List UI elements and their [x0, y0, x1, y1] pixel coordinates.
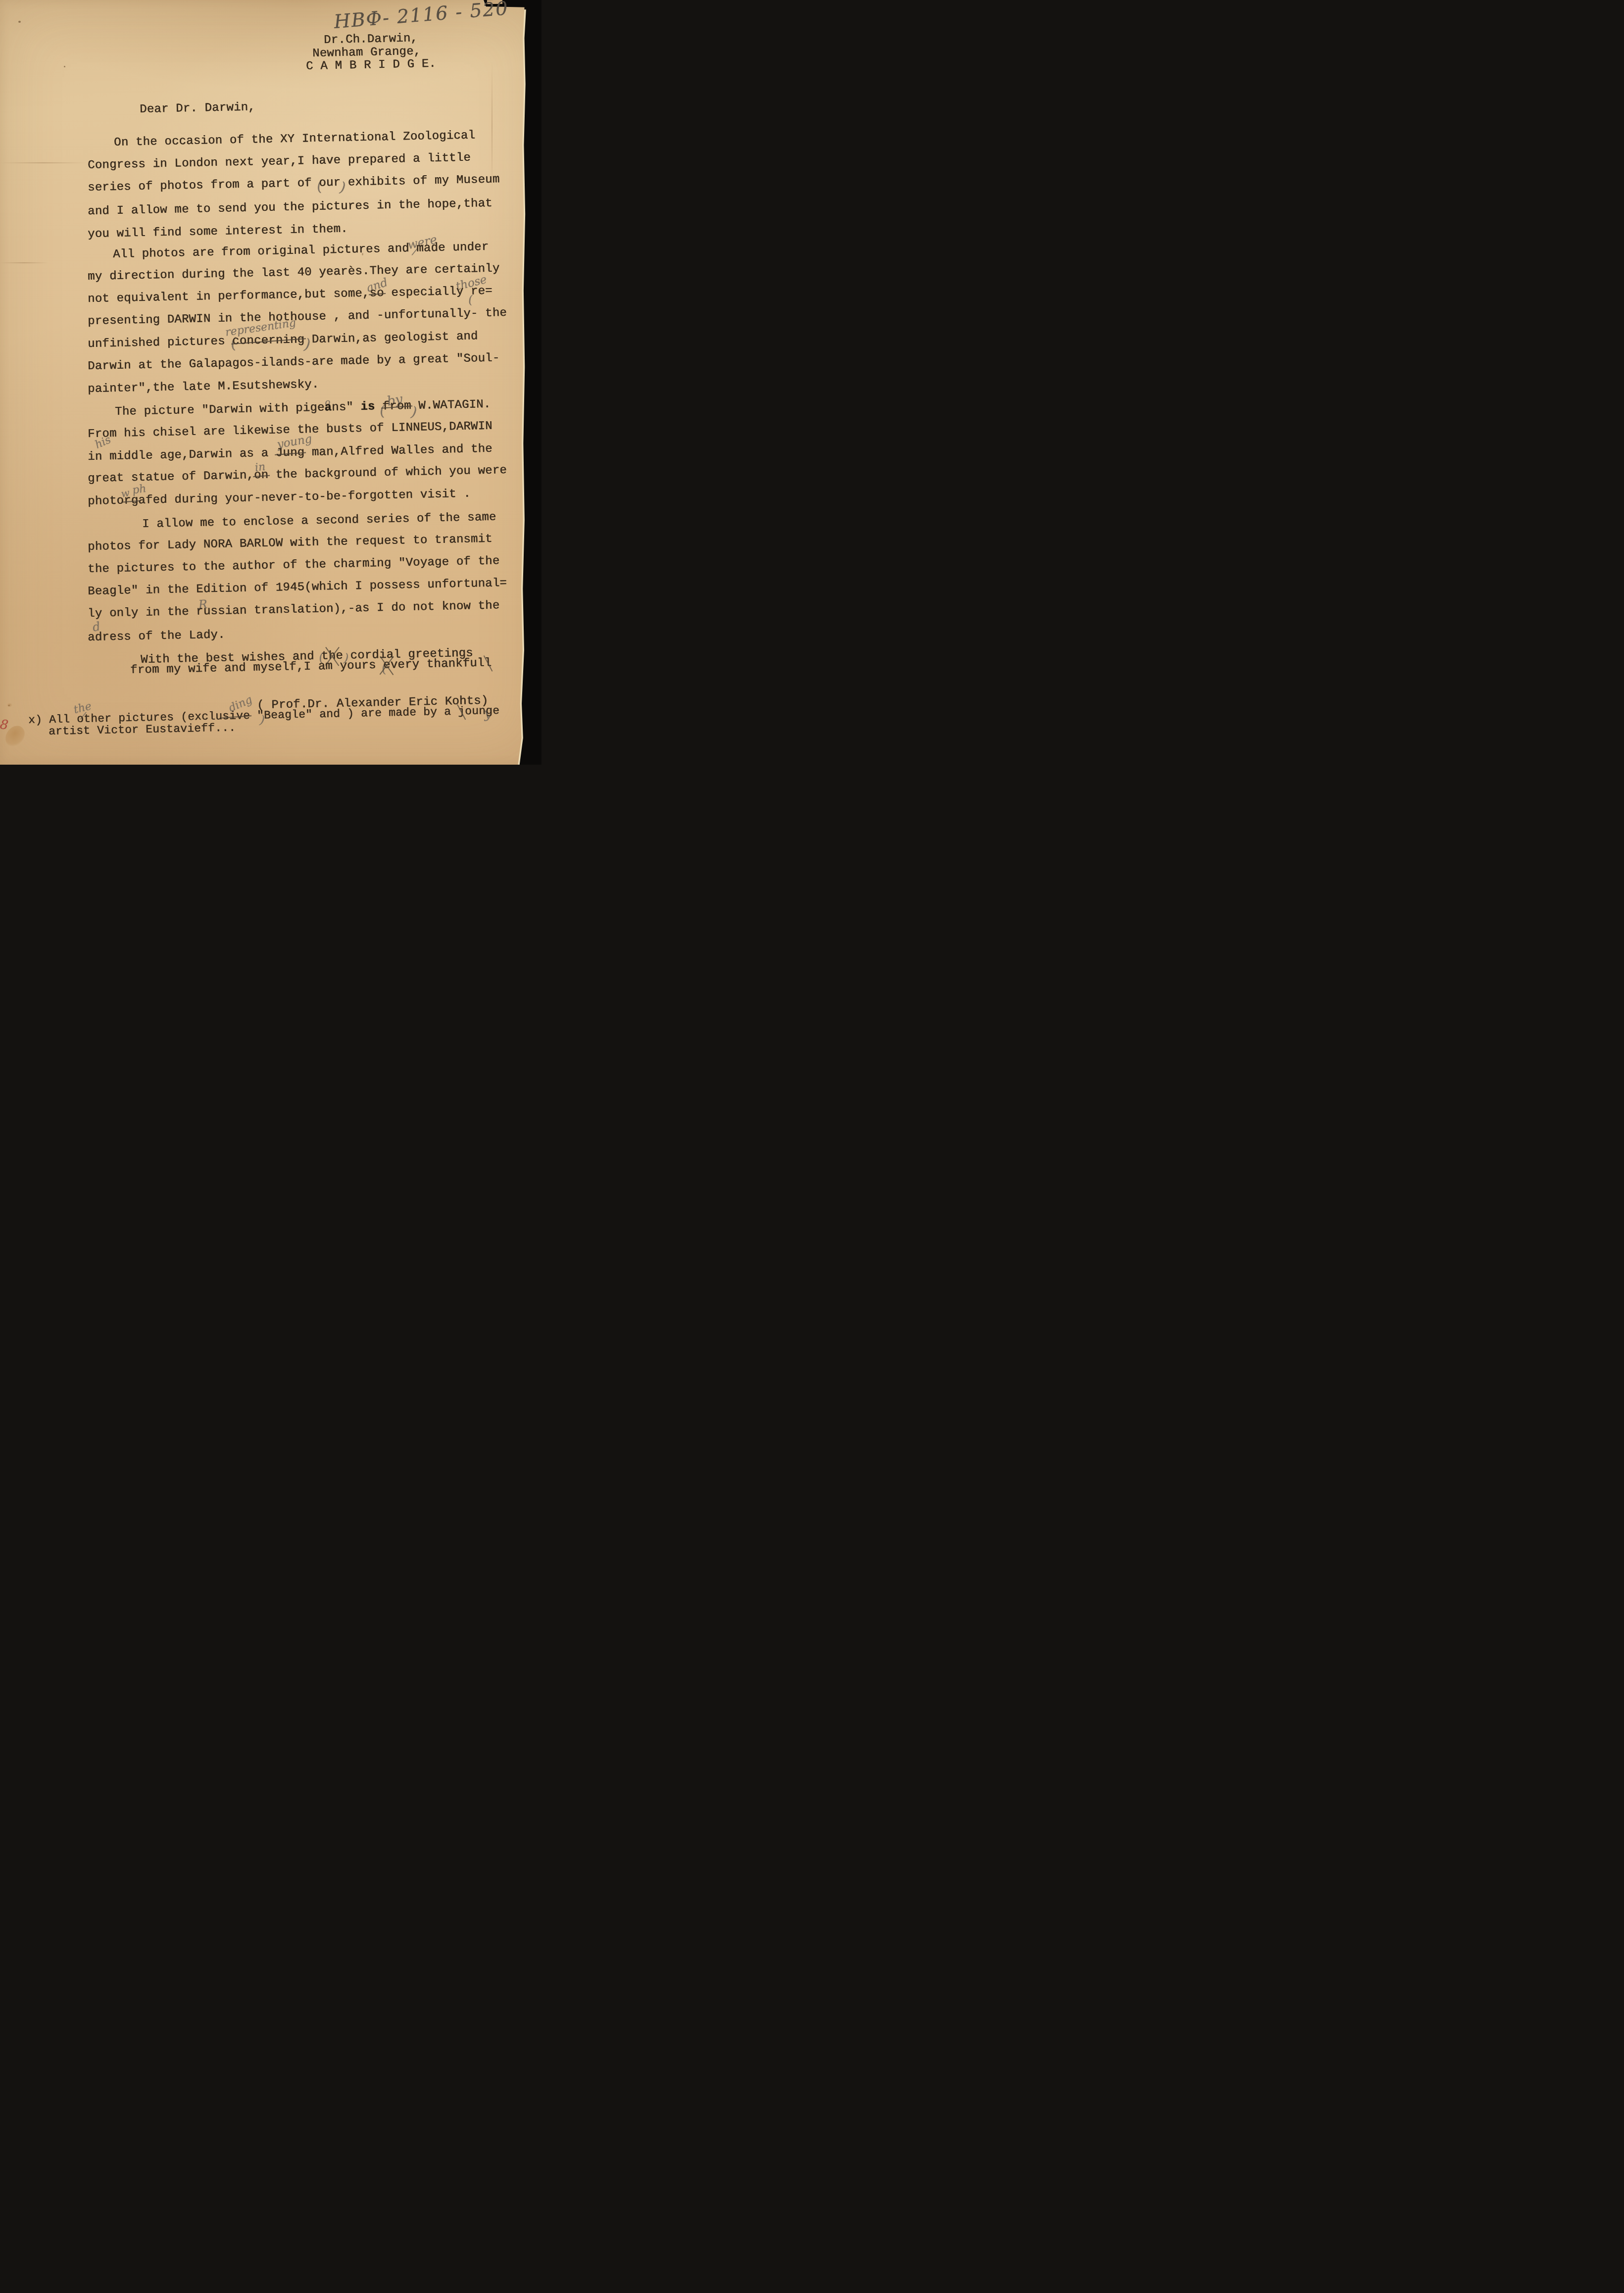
typed-text-layer: Dr.Ch.Darwin, Newnham Grange, C A M B R … [0, 0, 541, 765]
typed-segment: ns" [332, 401, 361, 414]
typed-segment: On the occasion of the XY International … [114, 130, 475, 149]
typed-segment [375, 401, 383, 413]
typed-segment: great statue of Darwin, [88, 470, 254, 486]
typed-segment: the pictures to the author of the charmi… [88, 556, 500, 576]
typed-segment: Darwin,as geologist and [304, 331, 478, 346]
body-line: painter",the late M.Esutshewsky. [88, 379, 319, 395]
typed-segment: series of photos from a part of our exhi… [88, 174, 500, 195]
body-line: I allow me to enclose a second series of… [142, 512, 496, 531]
typed-segment: Beagle" in the Edition of 1945(which I p… [88, 578, 507, 598]
typed-segment: The picture "Darwin with pige [115, 402, 325, 418]
footnote-line: artist Victor Eustavieff... [49, 722, 236, 737]
typed-segment: I allow me to enclose a second series of… [142, 512, 496, 531]
typed-segment: from [382, 400, 411, 413]
typed-segment: afed during your-never-to-be-forgotten v… [138, 488, 471, 506]
body-line: On the occasion of the XY International … [114, 130, 475, 149]
body-line: not equivalent in performance,but some,s… [88, 286, 492, 305]
typed-segment: ly only in the russian translation),-as … [88, 600, 500, 620]
body-line: and I allow me to send you the pictures … [88, 197, 492, 217]
body-line: unfinished pictures concerning Darwin,as… [88, 331, 478, 350]
typed-segment: very thankful [390, 658, 484, 672]
typed-segment: on [254, 470, 269, 482]
body-line: All photos are from original pictures an… [113, 242, 489, 261]
typed-segment: artist Victor Eustavieff... [49, 722, 236, 737]
body-line: Congress in London next year,I have prep… [88, 152, 471, 172]
body-line: series of photos from a part of our exhi… [88, 174, 500, 195]
typed-segment: a [324, 402, 332, 414]
typed-segment: photo [88, 495, 124, 507]
typed-segment: painter",the late M.Esutshewsky. [88, 379, 319, 395]
scanned-letter-page: НВФ- 2116 - 520 were/andthose(representi… [0, 0, 541, 765]
body-line: The picture "Darwin with pigeans" is fro… [115, 399, 491, 418]
body-line: presenting DARWIN in the hothouse , and … [88, 307, 507, 328]
address-line-name: Dr.Ch.Darwin, [324, 33, 418, 47]
body-line: photorgafed during your-never-to-be-forg… [88, 488, 471, 508]
typed-segment: you will find some interest in them. [88, 223, 348, 241]
typed-segment: rg [124, 495, 139, 507]
body-line: ly only in the russian translation),-as … [88, 600, 500, 620]
typed-segment: and I allow me to send you the pictures … [88, 197, 492, 217]
typed-segment: "Beagle" and ) are made by a [250, 706, 458, 721]
typed-segment: W.WATAGIN. [411, 399, 491, 412]
typed-segment: in middle age,Darwin as a [88, 447, 276, 463]
typed-segment: Darwin at the Galapagos-ilands-are made … [88, 353, 500, 373]
typed-segment: so [370, 288, 385, 300]
typed-segment: From his chisel are likewise the busts o… [88, 421, 492, 440]
body-line: photos for Lady NORA BARLOW with the req… [88, 533, 492, 553]
typed-segment: adress of the Lady. [88, 629, 225, 644]
body-line: you will find some interest in them. [88, 223, 348, 241]
typed-segment: concerning [232, 334, 304, 347]
typed-segment: e [383, 660, 391, 672]
typed-segment: l [484, 658, 492, 670]
typed-segment: unfinished pictures [88, 336, 232, 350]
typed-segment: ounge [465, 705, 499, 717]
typed-segment: Jung [276, 447, 305, 459]
body-line: my direction during the last 40 yearès.T… [88, 263, 500, 283]
typed-segment: my direction during the last 40 yearès.T… [88, 263, 500, 283]
body-line: adress of the Lady. [88, 629, 225, 644]
typed-segment: is [360, 401, 375, 414]
body-line: great statue of Darwin,on the background… [88, 465, 507, 485]
typed-segment: All photos are from original pictures an… [113, 242, 489, 261]
typed-segment: man,Alfred Walles and the [304, 443, 492, 459]
typed-segment: the background of which you were [268, 465, 507, 482]
address-line-city: C A M B R I D G E. [306, 58, 436, 73]
typed-segment: presenting DARWIN in the hothouse , and … [88, 307, 507, 328]
body-line: the pictures to the author of the charmi… [88, 556, 500, 576]
salutation: Dear Dr. Darwin, [140, 101, 255, 116]
typed-segment: photos for Lady NORA BARLOW with the req… [88, 533, 492, 553]
typed-segment: especially re= [384, 286, 492, 299]
body-line: in middle age,Darwin as a Jung man,Alfre… [88, 443, 492, 463]
body-line: From his chisel are likewise the busts o… [88, 421, 492, 440]
typed-segment: not equivalent in performance,but some, [88, 288, 370, 305]
body-line: Darwin at the Galapagos-ilands-are made … [88, 353, 500, 373]
typed-segment: j [458, 706, 465, 717]
body-line: Beagle" in the Edition of 1945(which I p… [88, 578, 507, 598]
typed-segment: sive [222, 710, 250, 722]
typed-segment: Congress in London next year,I have prep… [88, 152, 471, 172]
